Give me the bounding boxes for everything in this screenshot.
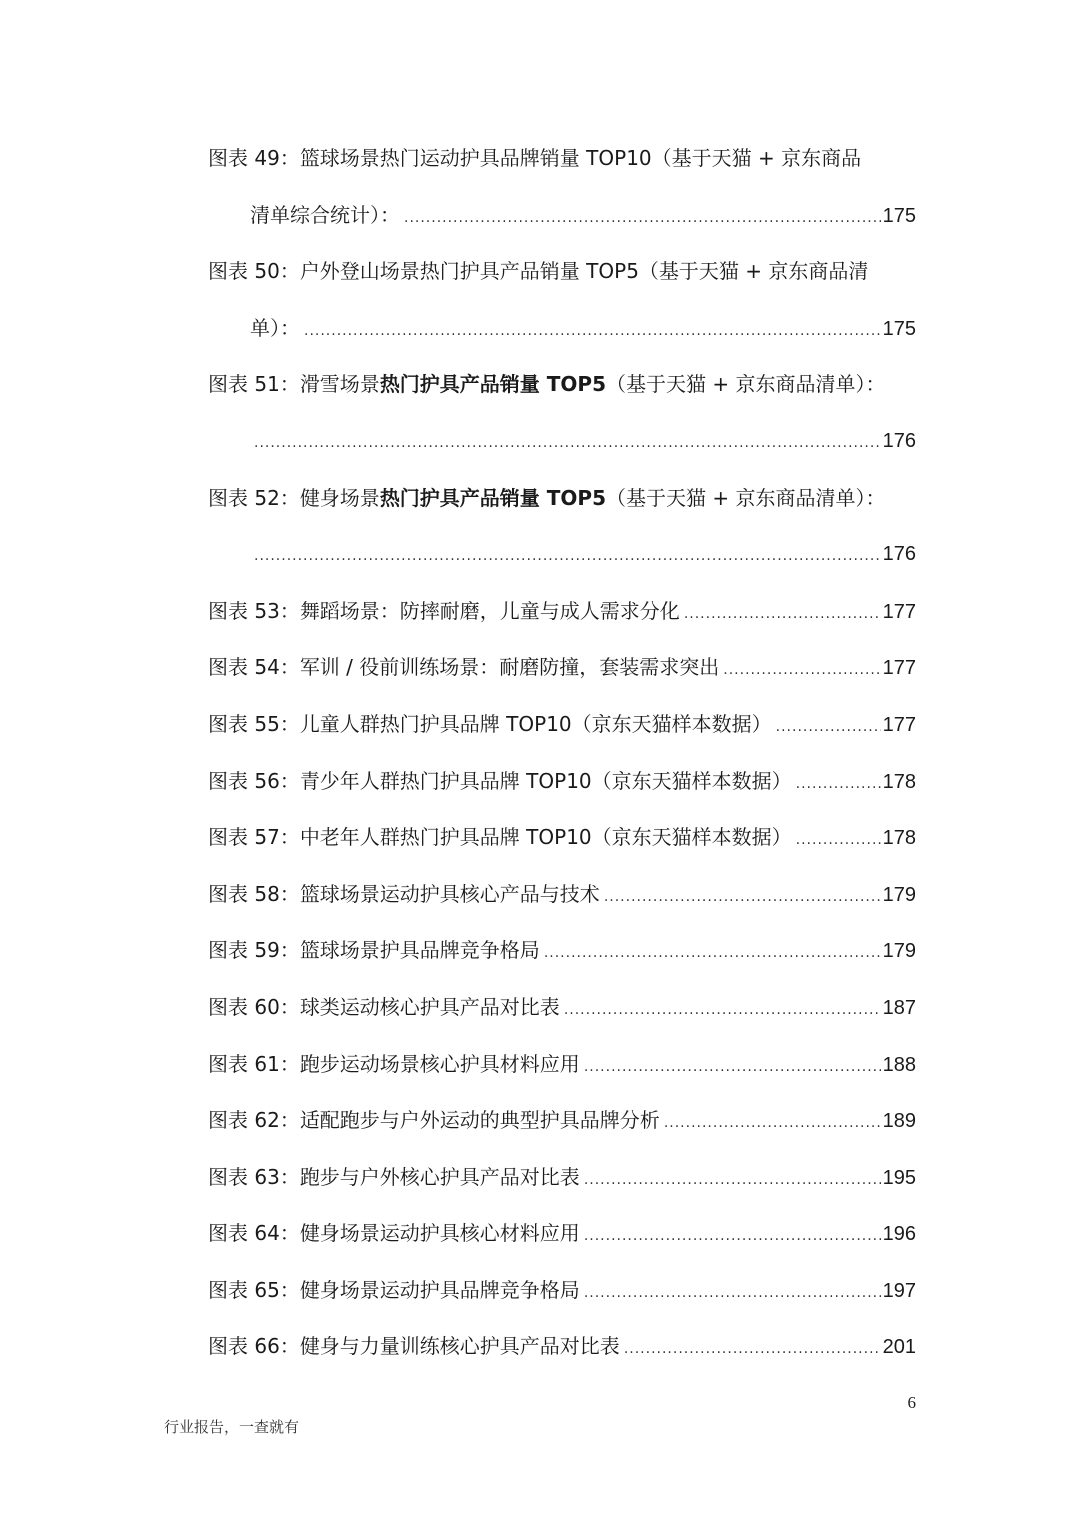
entry-title: 篮球场景运动护具核心产品与技术: [300, 882, 600, 906]
dot-leader: [564, 982, 881, 1039]
toc-entry-52-cont[interactable]: 176: [208, 526, 916, 583]
entry-prefix: 图表 64：: [208, 1221, 300, 1245]
entry-title: 跑步与户外核心护具产品对比表: [300, 1165, 580, 1189]
dot-leader: [584, 1265, 881, 1322]
entry-title: 适配跑步与户外运动的典型护具品牌分析: [300, 1108, 660, 1132]
toc-entry-54[interactable]: 图表 54：军训 / 役前训练场景：耐磨防撞，套装需求突出 177: [208, 639, 916, 696]
page-number: 6: [908, 1393, 917, 1413]
entry-prefix: 图表 53：: [208, 599, 300, 623]
entry-page: 188: [883, 1037, 916, 1094]
entry-page: 189: [883, 1093, 916, 1150]
dot-leader: [664, 1095, 881, 1152]
entry-title: 健身场景运动护具核心材料应用: [300, 1221, 580, 1245]
toc-entry-50[interactable]: 图表 50：户外登山场景热门护具产品销量 TOP5（基于天猫 + 京东商品清: [208, 243, 916, 300]
entry-page: 187: [883, 980, 916, 1037]
entry-title-b: （基于天猫 + 京东商品清单）：: [606, 486, 885, 510]
entry-page: 177: [883, 697, 916, 754]
entry-page: 177: [883, 584, 916, 641]
dot-leader: [544, 925, 881, 982]
entry-title: 中老年人群热门护具品牌 TOP10（京东天猫样本数据）: [300, 825, 792, 849]
dot-leader: [776, 699, 881, 756]
entry-prefix: 图表 55：: [208, 712, 300, 736]
entry-page: 196: [883, 1206, 916, 1263]
entry-title: 跑步运动场景核心护具材料应用: [300, 1052, 580, 1076]
entry-title-cont: 单）：: [250, 300, 300, 357]
toc-entry-51-cont[interactable]: 176: [208, 413, 916, 470]
entry-title-a: 滑雪场景: [300, 372, 380, 396]
entry-title: 舞蹈场景：防摔耐磨，儿童与成人需求分化: [300, 599, 680, 623]
entry-prefix: 图表 59：: [208, 938, 300, 962]
toc-entry-62[interactable]: 图表 62：适配跑步与户外运动的典型护具品牌分析 189: [208, 1092, 916, 1149]
entry-prefix: 图表 56：: [208, 769, 300, 793]
toc-entry-60[interactable]: 图表 60：球类运动核心护具产品对比表 187: [208, 979, 916, 1036]
entry-title: 儿童人群热门护具品牌 TOP10（京东天猫样本数据）: [300, 712, 772, 736]
entry-title-bold: 热门护具产品销量 TOP5: [380, 372, 606, 396]
dot-leader: [584, 1208, 881, 1265]
toc-entry-59[interactable]: 图表 59：篮球场景护具品牌竞争格局 179: [208, 922, 916, 979]
dot-leader: [684, 586, 881, 643]
entry-page: 197: [883, 1263, 916, 1320]
entry-page: 176: [883, 526, 916, 583]
dot-leader: [254, 415, 881, 472]
dot-leader: [404, 190, 881, 247]
dot-leader: [796, 756, 881, 813]
toc-entry-63[interactable]: 图表 63：跑步与户外核心护具产品对比表 195: [208, 1149, 916, 1206]
toc-entry-52[interactable]: 图表 52：健身场景热门护具产品销量 TOP5（基于天猫 + 京东商品清单）：: [208, 470, 916, 527]
entry-page: 179: [883, 867, 916, 924]
toc-entry-61[interactable]: 图表 61：跑步运动场景核心护具材料应用 188: [208, 1036, 916, 1093]
dot-leader: [723, 642, 880, 699]
entry-page: 201: [883, 1319, 916, 1376]
entry-prefix: 图表 49：: [208, 146, 300, 170]
entry-page: 177: [883, 640, 916, 697]
entry-prefix: 图表 54：: [208, 655, 300, 679]
entry-title: 球类运动核心护具产品对比表: [300, 995, 560, 1019]
entry-prefix: 图表 65：: [208, 1278, 300, 1302]
entry-title-a: 健身场景: [300, 486, 380, 510]
entry-prefix: 图表 63：: [208, 1165, 300, 1189]
footer-note: 行业报告，一查就有: [164, 1416, 299, 1437]
toc-entry-57[interactable]: 图表 57：中老年人群热门护具品牌 TOP10（京东天猫样本数据） 178: [208, 809, 916, 866]
entry-prefix: 图表 61：: [208, 1052, 300, 1076]
toc-entry-58[interactable]: 图表 58：篮球场景运动护具核心产品与技术 179: [208, 866, 916, 923]
entry-prefix: 图表 60：: [208, 995, 300, 1019]
entry-title-cont: 清单综合统计）：: [250, 187, 400, 244]
table-of-figures: 图表 49：篮球场景热门运动护具品牌销量 TOP10（基于天猫 + 京东商品 清…: [208, 130, 916, 1375]
entry-prefix: 图表 52：: [208, 486, 300, 510]
entry-title: 篮球场景护具品牌竞争格局: [300, 938, 540, 962]
entry-title-b: （基于天猫 + 京东商品清单）：: [606, 372, 885, 396]
toc-entry-51[interactable]: 图表 51：滑雪场景热门护具产品销量 TOP5（基于天猫 + 京东商品清单）：: [208, 356, 916, 413]
toc-entry-53[interactable]: 图表 53：舞蹈场景：防摔耐磨，儿童与成人需求分化 177: [208, 583, 916, 640]
entry-prefix: 图表 51：: [208, 372, 300, 396]
dot-leader: [624, 1321, 881, 1378]
toc-entry-50-cont[interactable]: 单）： 175: [208, 300, 916, 357]
entry-page: 195: [883, 1150, 916, 1207]
toc-entry-66[interactable]: 图表 66：健身与力量训练核心护具产品对比表 201: [208, 1318, 916, 1375]
entry-page: 175: [883, 301, 916, 358]
entry-title: 青少年人群热门护具品牌 TOP10（京东天猫样本数据）: [300, 769, 792, 793]
dot-leader: [796, 812, 881, 869]
entry-title: 军训 / 役前训练场景：耐磨防撞，套装需求突出: [300, 655, 719, 679]
toc-entry-49[interactable]: 图表 49：篮球场景热门运动护具品牌销量 TOP10（基于天猫 + 京东商品: [208, 130, 916, 187]
toc-entry-65[interactable]: 图表 65：健身场景运动护具品牌竞争格局 197: [208, 1262, 916, 1319]
entry-page: 175: [883, 188, 916, 245]
entry-prefix: 图表 58：: [208, 882, 300, 906]
entry-page: 176: [883, 413, 916, 470]
entry-page: 178: [883, 754, 916, 811]
dot-leader: [584, 1039, 881, 1096]
entry-prefix: 图表 66：: [208, 1334, 300, 1358]
entry-page: 178: [883, 810, 916, 867]
entry-page: 179: [883, 923, 916, 980]
entry-prefix: 图表 57：: [208, 825, 300, 849]
entry-title: 户外登山场景热门护具产品销量 TOP5（基于天猫 + 京东商品清: [300, 259, 869, 283]
entry-title-bold: 热门护具产品销量 TOP5: [380, 486, 606, 510]
dot-leader: [584, 1152, 881, 1209]
entry-title: 健身场景运动护具品牌竞争格局: [300, 1278, 580, 1302]
entry-title: 篮球场景热门运动护具品牌销量 TOP10（基于天猫 + 京东商品: [300, 146, 861, 170]
toc-entry-56[interactable]: 图表 56：青少年人群热门护具品牌 TOP10（京东天猫样本数据） 178: [208, 753, 916, 810]
dot-leader: [304, 303, 881, 360]
entry-title: 健身与力量训练核心护具产品对比表: [300, 1334, 620, 1358]
dot-leader: [254, 528, 881, 585]
entry-prefix: 图表 50：: [208, 259, 300, 283]
entry-prefix: 图表 62：: [208, 1108, 300, 1132]
toc-entry-55[interactable]: 图表 55：儿童人群热门护具品牌 TOP10（京东天猫样本数据） 177: [208, 696, 916, 753]
dot-leader: [604, 869, 881, 926]
toc-entry-49-cont[interactable]: 清单综合统计）： 175: [208, 187, 916, 244]
toc-entry-64[interactable]: 图表 64：健身场景运动护具核心材料应用 196: [208, 1205, 916, 1262]
